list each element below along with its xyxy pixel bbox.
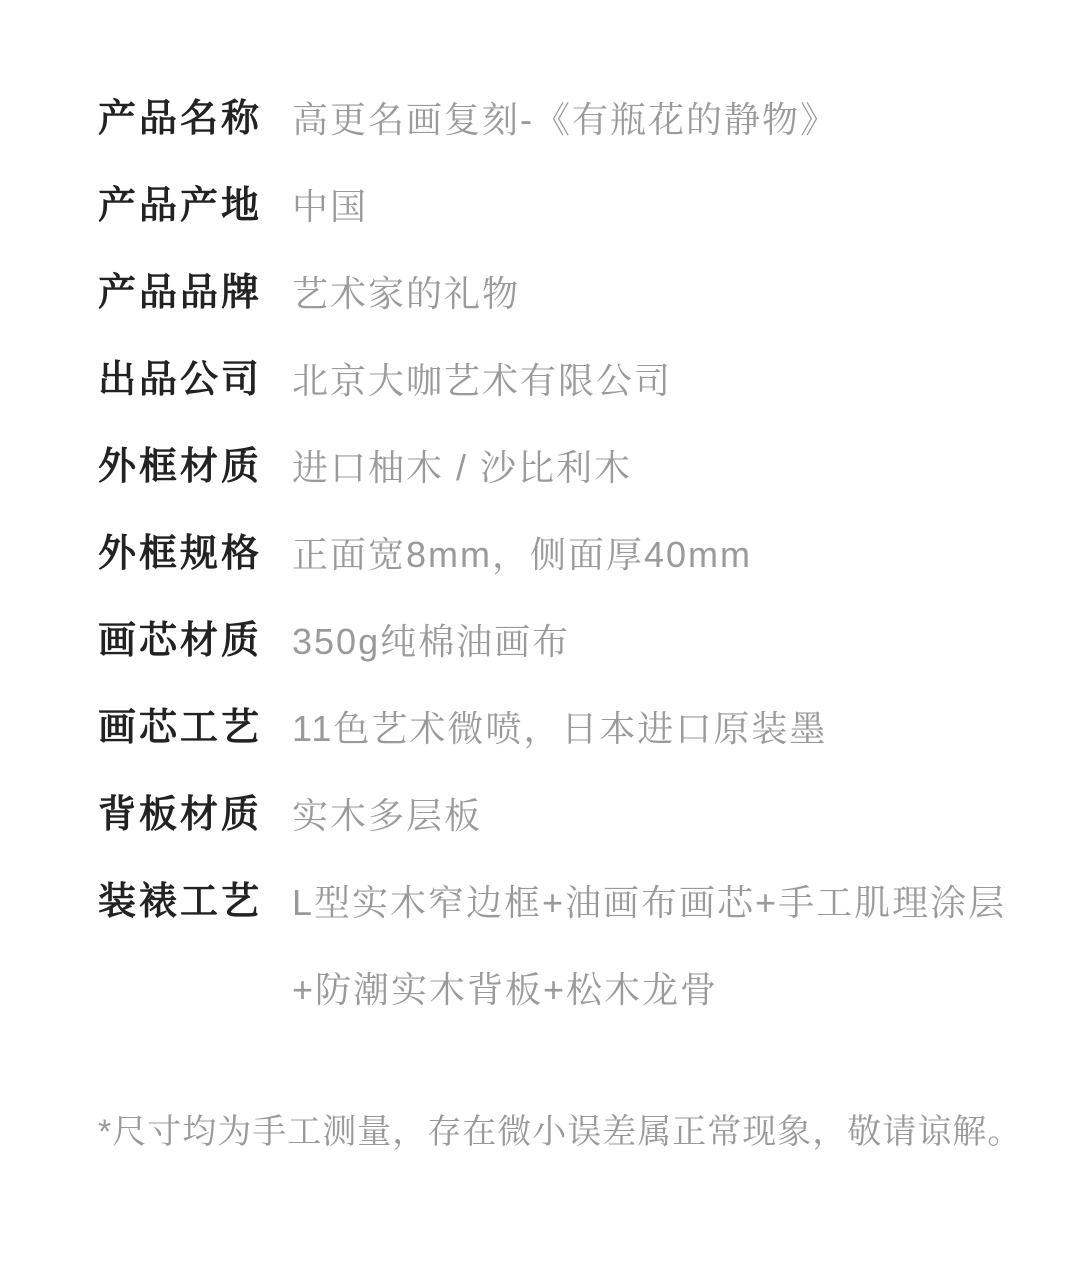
spec-label: 装裱工艺 (98, 859, 292, 946)
spec-row-canvas-craft: 画芯工艺 11色艺术微喷，日本进口原装墨 (98, 685, 1018, 772)
spec-row-origin: 产品产地 中国 (98, 163, 1018, 250)
spec-label: 外框材质 (98, 424, 292, 511)
spec-row-backboard-material: 背板材质 实木多层板 (98, 772, 1018, 859)
spec-row-mounting-craft: 装裱工艺 L型实木窄边框+油画布画芯+手工肌理涂层 +防潮实木背板+松木龙骨 (98, 859, 1018, 1033)
spec-value: 北京大咖艺术有限公司 (292, 337, 1008, 424)
spec-label: 产品品牌 (98, 250, 292, 337)
spec-value: 实木多层板 (292, 772, 1008, 859)
spec-value: 11色艺术微喷，日本进口原装墨 (292, 685, 1008, 772)
spec-label: 产品名称 (98, 76, 292, 163)
spec-row-canvas-material: 画芯材质 350g纯棉油画布 (98, 598, 1018, 685)
measurement-disclaimer: *尺寸均为手工测量，存在微小误差属正常现象，敬请谅解。 (98, 1112, 1022, 1153)
spec-row-frame-material: 外框材质 进口柚木 / 沙比利木 (98, 424, 1018, 511)
product-spec-table: 产品名称 高更名画复刻-《有瓶花的静物》 产品产地 中国 产品品牌 艺术家的礼物… (98, 76, 1018, 1033)
spec-label: 背板材质 (98, 772, 292, 859)
spec-value: 进口柚木 / 沙比利木 (292, 424, 1008, 511)
spec-value: 正面宽8mm，侧面厚40mm (292, 511, 1008, 598)
product-spec-page: 产品名称 高更名画复刻-《有瓶花的静物》 产品产地 中国 产品品牌 艺术家的礼物… (0, 0, 1080, 1282)
spec-value: 中国 (292, 163, 1008, 250)
spec-row-brand: 产品品牌 艺术家的礼物 (98, 250, 1018, 337)
spec-label: 出品公司 (98, 337, 292, 424)
spec-value: L型实木窄边框+油画布画芯+手工肌理涂层 +防潮实木背板+松木龙骨 (292, 859, 1008, 1033)
spec-row-company: 出品公司 北京大咖艺术有限公司 (98, 337, 1018, 424)
spec-value: 高更名画复刻-《有瓶花的静物》 (292, 76, 1008, 163)
spec-row-frame-size: 外框规格 正面宽8mm，侧面厚40mm (98, 511, 1018, 598)
spec-row-product-name: 产品名称 高更名画复刻-《有瓶花的静物》 (98, 76, 1018, 163)
spec-value: 350g纯棉油画布 (292, 598, 1008, 685)
spec-value: 艺术家的礼物 (292, 250, 1008, 337)
spec-label: 外框规格 (98, 511, 292, 598)
spec-label: 画芯工艺 (98, 685, 292, 772)
spec-label: 产品产地 (98, 163, 292, 250)
spec-label: 画芯材质 (98, 598, 292, 685)
